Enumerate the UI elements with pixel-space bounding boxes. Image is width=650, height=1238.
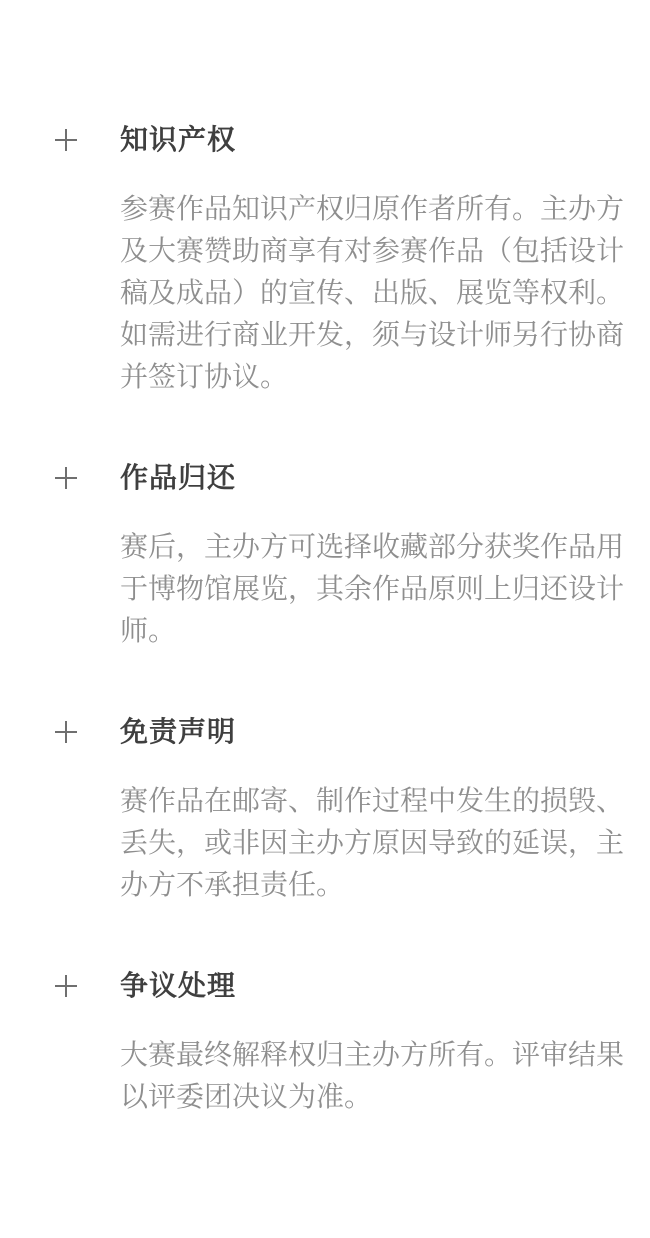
document-content: 知识产权 参赛作品知识产权归原作者所有。主办方及大赛赞助商享有对参赛作品（包括设… (0, 0, 650, 1118)
plus-icon (55, 129, 77, 151)
section-work-return: 作品归还 赛后，主办方可选择收藏部分获奖作品用于博物馆展览，其余作品原则上归还设… (55, 458, 620, 652)
section-body-text: 赛后，主办方可选择收藏部分获奖作品用于博物馆展览，其余作品原则上归还设计师。 (120, 526, 625, 652)
section-body-text: 赛作品在邮寄、制作过程中发生的损毁、丢失，或非因主办方原因导致的延误，主办方不承… (120, 780, 625, 906)
section-intellectual-property: 知识产权 参赛作品知识产权归原作者所有。主办方及大赛赞助商享有对参赛作品（包括设… (55, 120, 620, 398)
section-header: 免责声明 (55, 712, 620, 752)
section-header: 知识产权 (55, 120, 620, 160)
plus-icon (55, 975, 77, 997)
plus-icon (55, 467, 77, 489)
section-header: 争议处理 (55, 966, 620, 1006)
section-title: 作品归还 (120, 458, 236, 498)
plus-icon (55, 721, 77, 743)
section-title: 知识产权 (120, 120, 236, 160)
section-title: 免责声明 (120, 712, 236, 752)
section-dispute-resolution: 争议处理 大赛最终解释权归主办方所有。评审结果以评委团决议为准。 (55, 966, 620, 1118)
section-body-text: 大赛最终解释权归主办方所有。评审结果以评委团决议为准。 (120, 1034, 625, 1118)
document-page: { "page": { "background": "#ffffff", "co… (0, 0, 650, 1238)
section-header: 作品归还 (55, 458, 620, 498)
section-body-text: 参赛作品知识产权归原作者所有。主办方及大赛赞助商享有对参赛作品（包括设计稿及成品… (120, 188, 625, 398)
section-title: 争议处理 (120, 966, 236, 1006)
section-disclaimer: 免责声明 赛作品在邮寄、制作过程中发生的损毁、丢失，或非因主办方原因导致的延误，… (55, 712, 620, 906)
